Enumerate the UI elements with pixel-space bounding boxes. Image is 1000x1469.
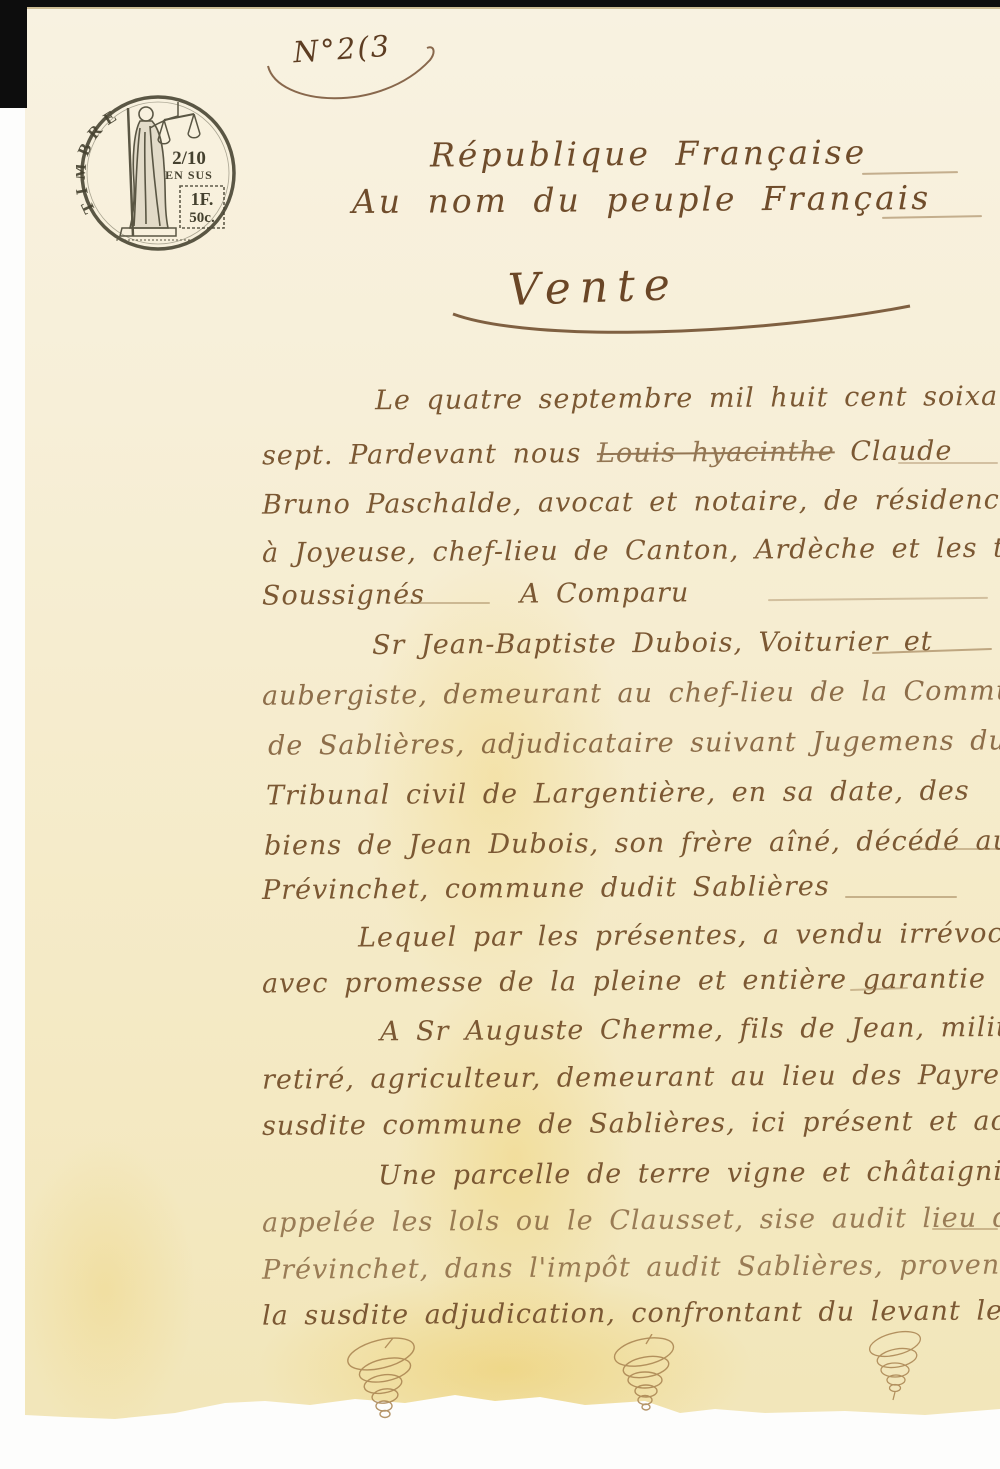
body-line: à Joyeuse, chef-lieu de Canton, Ardèche … xyxy=(262,532,1000,569)
scanned-document: N°2(3 xyxy=(0,0,1000,1469)
body-line: Une parcelle de terre vigne et châtaigni… xyxy=(378,1156,1000,1192)
body-line: biens de Jean Dubois, son frère aîné, dé… xyxy=(264,825,1000,861)
body-line: susdite commune de Sablières, ici présen… xyxy=(262,1105,1000,1142)
paraphe-spiral-center xyxy=(600,1334,692,1430)
stamp-timbre-label: TIMBRE xyxy=(76,103,126,217)
scales-icon xyxy=(158,102,200,144)
filler-dash-claude xyxy=(898,462,998,464)
paraphe-spiral-left xyxy=(335,1336,435,1436)
strike-pre: sept. Pardevant nous xyxy=(262,438,597,471)
stamp-value-main: 1F. xyxy=(191,189,214,209)
folio-number-flourish xyxy=(262,40,447,120)
body-line: Prévinchet, dans l'impôt audit Sablières… xyxy=(262,1249,1000,1285)
paraphe-spiral-right xyxy=(855,1330,935,1414)
body-line: Tribunal civil de Largentière, en sa dat… xyxy=(266,776,970,812)
stamp-surtax-label: EN SUS xyxy=(165,168,213,182)
struck-names: Louis hyacinthe xyxy=(597,436,835,469)
stamp-pedestal xyxy=(116,228,192,240)
scan-edge-corner xyxy=(0,0,27,108)
scan-edge-top xyxy=(0,0,1000,7)
filler-dash-sablieres xyxy=(845,896,957,898)
filler-dash-decede xyxy=(912,848,998,850)
filler-dash-soussignes xyxy=(400,602,490,604)
body-comparu: A Comparu xyxy=(520,577,689,609)
body-line: la susdite adjudication, confrontant du … xyxy=(262,1295,1000,1331)
header-au-nom: Au nom du peuple Français xyxy=(352,178,931,221)
body-line: Sr Jean-Baptiste Dubois, Voiturier et xyxy=(372,626,933,661)
body-soussignes: Soussignés xyxy=(262,579,425,611)
body-line: Prévinchet, commune dudit Sablières xyxy=(262,871,830,906)
body-line: aubergiste, demeurant au chef-lieu de la… xyxy=(262,675,1000,711)
body-line: Lequel par les présentes, a vendu irrévo… xyxy=(358,917,1000,953)
tax-stamp: TIMBRE 2/10 EN SUS 1F. 50c. xyxy=(76,88,240,258)
title-underline-flourish xyxy=(445,300,920,345)
body-line: Bruno Paschalde, avocat et notaire, de r… xyxy=(262,484,1000,520)
body-line: Le quatre septembre mil huit cent soixan… xyxy=(375,381,1000,417)
body-line: A Sr Auguste Cherme, fils de Jean, milit… xyxy=(380,1012,1000,1048)
body-line: avec promesse de la pleine et entière ga… xyxy=(262,963,986,999)
stamp-surtax-value: 2/10 xyxy=(172,148,206,169)
body-line: de Sablières, adjudicataire suivant Juge… xyxy=(268,725,1000,761)
filler-dash-lieu-du xyxy=(932,1228,998,1230)
stamp-value-sub: 50c. xyxy=(189,210,215,226)
body-line: retiré, agriculteur, demeurant au lieu d… xyxy=(262,1059,1000,1095)
header-republique: République Française xyxy=(430,132,867,174)
body-line-with-strike: sept. Pardevant nous Louis hyacinthe Cla… xyxy=(262,436,953,472)
body-line: appelée les lols ou le Clausset, sise au… xyxy=(262,1202,1000,1238)
